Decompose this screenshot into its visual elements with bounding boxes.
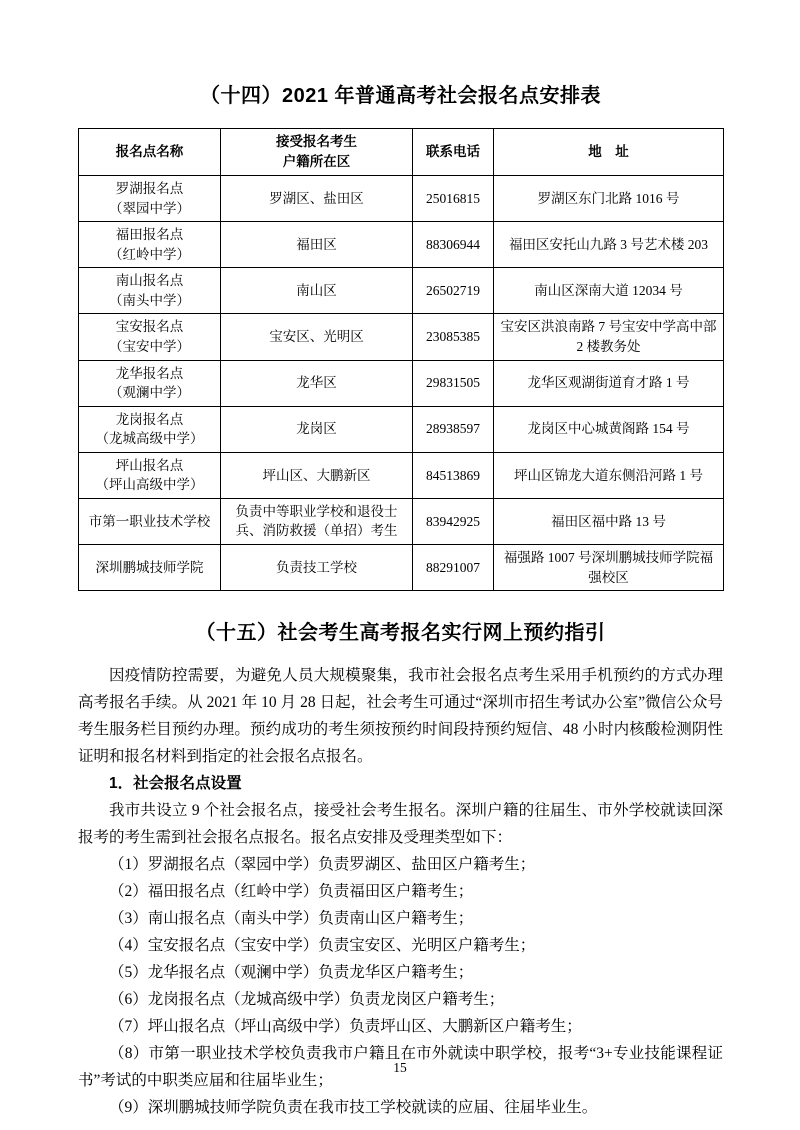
district-cell: 宝安区、光明区	[221, 314, 413, 360]
registration-point-name: 龙岗报名点 （龙城高级中学）	[79, 406, 221, 452]
list-item-4: （4）宝安报名点（宝安中学）负责宝安区、光明区户籍考生；	[78, 932, 723, 959]
phone-cell: 88306944	[413, 222, 494, 268]
table-row: 坪山报名点 （坪山高级中学） 坪山区、大鹏新区 84513869 坪山区锦龙大道…	[79, 452, 724, 498]
table-header-row: 报名点名称 接受报名考生 户籍所在区 联系电话 地 址	[79, 129, 724, 176]
address-cell: 福强路 1007 号深圳鹏城技师学院福强校区	[494, 545, 724, 591]
col-header-district: 接受报名考生 户籍所在区	[221, 129, 413, 176]
table-row: 罗湖报名点 （翠园中学） 罗湖区、盐田区 25016815 罗湖区东门北路 10…	[79, 176, 724, 222]
address-cell: 龙岗区中心城黄阁路 154 号	[494, 406, 724, 452]
district-cell: 罗湖区、盐田区	[221, 176, 413, 222]
list-item-2: （2）福田报名点（红岭中学）负责福田区户籍考生；	[78, 878, 723, 905]
district-cell: 负责中等职业学校和退役士兵、消防救援（单招）考生	[221, 498, 413, 544]
page-number: 15	[0, 1060, 800, 1076]
address-cell: 宝安区洪浪南路 7 号宝安中学高中部 2 楼教务处	[494, 314, 724, 360]
district-cell: 南山区	[221, 268, 413, 314]
list-item-1: （1）罗湖报名点（翠园中学）负责罗湖区、盐田区户籍考生；	[78, 851, 723, 878]
phone-cell: 28938597	[413, 406, 494, 452]
address-cell: 罗湖区东门北路 1016 号	[494, 176, 724, 222]
registration-point-name: 宝安报名点 （宝安中学）	[79, 314, 221, 360]
district-cell: 龙岗区	[221, 406, 413, 452]
table-row: 宝安报名点 （宝安中学） 宝安区、光明区 23085385 宝安区洪浪南路 7 …	[79, 314, 724, 360]
phone-cell: 88291007	[413, 545, 494, 591]
col-header-address: 地 址	[494, 129, 724, 176]
phone-cell: 23085385	[413, 314, 494, 360]
intro-paragraph: 因疫情防控需要，为避免人员大规模聚集，我市社会报名点考生采用手机预约的方式办理高…	[78, 662, 723, 770]
address-cell: 南山区深南大道 12034 号	[494, 268, 724, 314]
list-item-5: （5）龙华报名点（观澜中学）负责龙华区户籍考生；	[78, 959, 723, 986]
list-item-6: （6）龙岗报名点（龙城高级中学）负责龙岗区户籍考生；	[78, 986, 723, 1013]
registration-point-name: 福田报名点 （红岭中学）	[79, 222, 221, 268]
registration-point-name: 坪山报名点 （坪山高级中学）	[79, 452, 221, 498]
phone-cell: 84513869	[413, 452, 494, 498]
registration-points-table: 报名点名称 接受报名考生 户籍所在区 联系电话 地 址 罗湖报名点 （翠园中学）…	[78, 128, 724, 591]
address-cell: 福田区福中路 13 号	[494, 498, 724, 544]
phone-cell: 83942925	[413, 498, 494, 544]
table-row: 市第一职业技术学校 负责中等职业学校和退役士兵、消防救援（单招）考生 83942…	[79, 498, 724, 544]
phone-cell: 26502719	[413, 268, 494, 314]
phone-cell: 29831505	[413, 360, 494, 406]
table-row: 龙岗报名点 （龙城高级中学） 龙岗区 28938597 龙岗区中心城黄阁路 15…	[79, 406, 724, 452]
district-cell: 坪山区、大鹏新区	[221, 452, 413, 498]
section-15-title: （十五）社会考生高考报名实行网上预约指引	[78, 621, 723, 645]
table-row: 南山报名点 （南头中学） 南山区 26502719 南山区深南大道 12034 …	[79, 268, 724, 314]
registration-point-name: 深圳鹏城技师学院	[79, 545, 221, 591]
district-cell: 负责技工学校	[221, 545, 413, 591]
table-row: 龙华报名点 （观澜中学） 龙华区 29831505 龙华区观湖街道育才路 1 号	[79, 360, 724, 406]
registration-point-name: 罗湖报名点 （翠园中学）	[79, 176, 221, 222]
list-item-3: （3）南山报名点（南头中学）负责南山区户籍考生；	[78, 905, 723, 932]
phone-cell: 25016815	[413, 176, 494, 222]
table-row: 深圳鹏城技师学院 负责技工学校 88291007 福强路 1007 号深圳鹏城技…	[79, 545, 724, 591]
registration-point-name: 南山报名点 （南头中学）	[79, 268, 221, 314]
document-page: （十四）2021 年普通高考社会报名点安排表 报名点名称 接受报名考生 户籍所在…	[0, 0, 800, 1130]
district-cell: 福田区	[221, 222, 413, 268]
setup-paragraph: 我市共设立 9 个社会报名点，接受社会考生报名。深圳户籍的往届生、市外学校就读回…	[78, 797, 723, 851]
address-cell: 龙华区观湖街道育才路 1 号	[494, 360, 724, 406]
registration-point-name: 龙华报名点 （观澜中学）	[79, 360, 221, 406]
list-item-9: （9）深圳鹏城技师学院负责在我市技工学校就读的应届、往届毕业生。	[78, 1094, 723, 1121]
col-header-registration-point: 报名点名称	[79, 129, 221, 176]
list-item-7: （7）坪山报名点（坪山高级中学）负责坪山区、大鹏新区户籍考生；	[78, 1013, 723, 1040]
section-14-title: （十四）2021 年普通高考社会报名点安排表	[78, 84, 723, 108]
district-cell: 龙华区	[221, 360, 413, 406]
address-cell: 福田区安托山九路 3 号艺术楼 203	[494, 222, 724, 268]
registration-point-name: 市第一职业技术学校	[79, 498, 221, 544]
col-header-phone: 联系电话	[413, 129, 494, 176]
table-row: 福田报名点 （红岭中学） 福田区 88306944 福田区安托山九路 3 号艺术…	[79, 222, 724, 268]
subsection-1-heading: 1．社会报名点设置	[78, 770, 723, 797]
address-cell: 坪山区锦龙大道东侧沿河路 1 号	[494, 452, 724, 498]
